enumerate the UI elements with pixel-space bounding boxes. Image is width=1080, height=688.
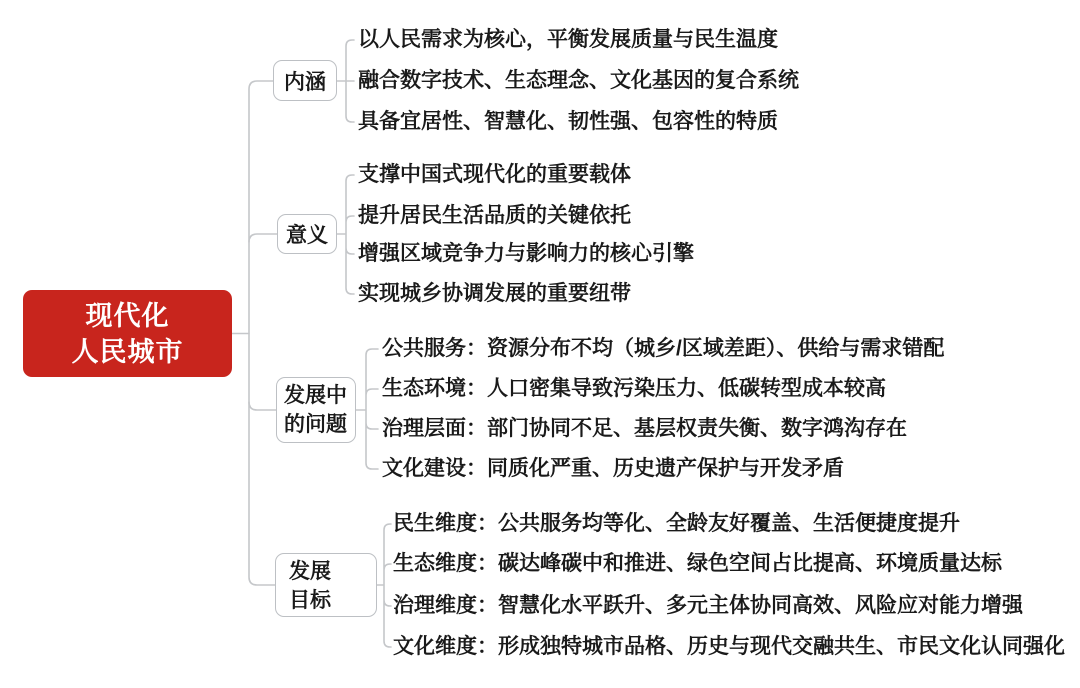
branch-goals-leaf-lines (377, 524, 391, 647)
mindmap-canvas: 现代化 人民城市 内涵 意义 发展中的问题 发展目标 以人民需求为核心，平衡发展… (0, 0, 1080, 688)
branch-node-connotation-label: 内涵 (284, 66, 326, 96)
branch-significance-leaf-lines (337, 175, 354, 294)
trunk-line (249, 81, 275, 585)
branch-node-significance-label: 意义 (286, 219, 328, 249)
branch-node-problems-label: 发展中的问题 (284, 381, 350, 439)
leaf-item[interactable]: 融合数字技术、生态理念、文化基因的复合系统 (358, 66, 799, 96)
leaf-item[interactable]: 增强区域竞争力与影响力的核心引擎 (358, 239, 694, 269)
leaf-item[interactable]: 生态维度：碳达峰碳中和推进、绿色空间占比提高、环境质量达标 (393, 549, 1002, 579)
branch-node-goals[interactable]: 发展目标 (275, 553, 377, 617)
branch-problems-leaf-lines (355, 349, 378, 469)
leaf-item[interactable]: 以人民需求为核心，平衡发展质量与民生温度 (358, 25, 778, 55)
branch-node-problems[interactable]: 发展中的问题 (276, 377, 356, 443)
root-node-line1: 现代化 (86, 298, 170, 334)
leaf-item[interactable]: 公共服务：资源分布不均（城乡/区域差距）、供给与需求错配 (382, 334, 944, 364)
branch-significance-elbow (249, 234, 277, 242)
leaf-item[interactable]: 具备宜居性、智慧化、韧性强、包容性的特质 (358, 107, 778, 137)
root-node[interactable]: 现代化 人民城市 (23, 290, 232, 377)
leaf-item[interactable]: 文化建设：同质化严重、历史遗产保护与开发矛盾 (382, 454, 844, 484)
branch-node-goals-label: 发展目标 (289, 557, 335, 615)
leaf-item[interactable]: 提升居民生活品质的关键依托 (358, 201, 631, 231)
leaf-item[interactable]: 民生维度：公共服务均等化、全龄友好覆盖、生活便捷度提升 (393, 509, 960, 539)
leaf-item[interactable]: 实现城乡协调发展的重要纽带 (358, 279, 631, 309)
root-node-line2: 人民城市 (72, 334, 184, 370)
leaf-item[interactable]: 支撑中国式现代化的重要载体 (358, 160, 631, 190)
branch-node-connotation[interactable]: 内涵 (273, 60, 337, 101)
leaf-item[interactable]: 生态环境：人口密集导致污染压力、低碳转型成本较高 (382, 374, 886, 404)
branch-problems-elbow (249, 402, 276, 410)
branch-connotation-leaf-lines (337, 40, 354, 122)
branch-node-significance[interactable]: 意义 (277, 214, 337, 254)
leaf-item[interactable]: 文化维度：形成独特城市品格、历史与现代交融共生、市民文化认同强化 (393, 632, 1065, 662)
leaf-item[interactable]: 治理层面：部门协同不足、基层权责失衡、数字鸿沟存在 (382, 414, 907, 444)
leaf-item[interactable]: 治理维度：智慧化水平跃升、多元主体协同高效、风险应对能力增强 (393, 591, 1023, 621)
